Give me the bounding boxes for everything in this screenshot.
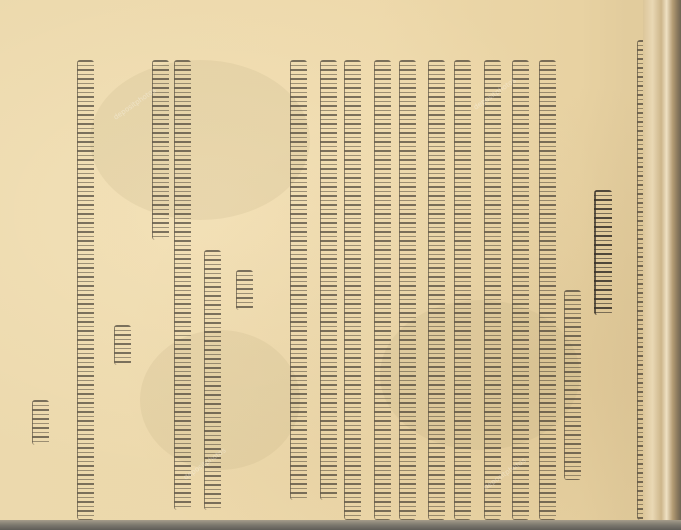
handwritten-line: [290, 60, 307, 500]
handwritten-line: [320, 60, 337, 500]
paper-stain: [90, 60, 310, 220]
handwritten-line: [539, 60, 556, 520]
page-bottom-edge: [0, 520, 681, 530]
handwritten-line: [564, 290, 581, 480]
handwritten-line: [484, 60, 501, 520]
handwritten-line: [174, 60, 191, 510]
handwritten-line: [399, 60, 416, 520]
handwritten-line: [152, 60, 169, 240]
document-script: Gurmukhi (Punjabi), written vertically —…: [0, 0, 1, 1]
handwritten-line: [32, 400, 49, 445]
handwritten-line: [344, 60, 361, 520]
handwritten-line: [454, 60, 471, 520]
handwritten-line: [594, 190, 612, 315]
manuscript-page: depositphotos depositphotos depositphoto…: [0, 0, 681, 530]
handwritten-line: [114, 325, 131, 365]
handwritten-line: [374, 60, 391, 520]
book-binding-edge: [643, 0, 681, 530]
document-type: handwritten manuscript page: [0, 0, 1, 1]
handwritten-line: [236, 270, 253, 310]
handwritten-line: [512, 60, 529, 520]
handwritten-line: [204, 250, 221, 510]
handwritten-line: [77, 60, 94, 520]
handwritten-line: [428, 60, 445, 520]
